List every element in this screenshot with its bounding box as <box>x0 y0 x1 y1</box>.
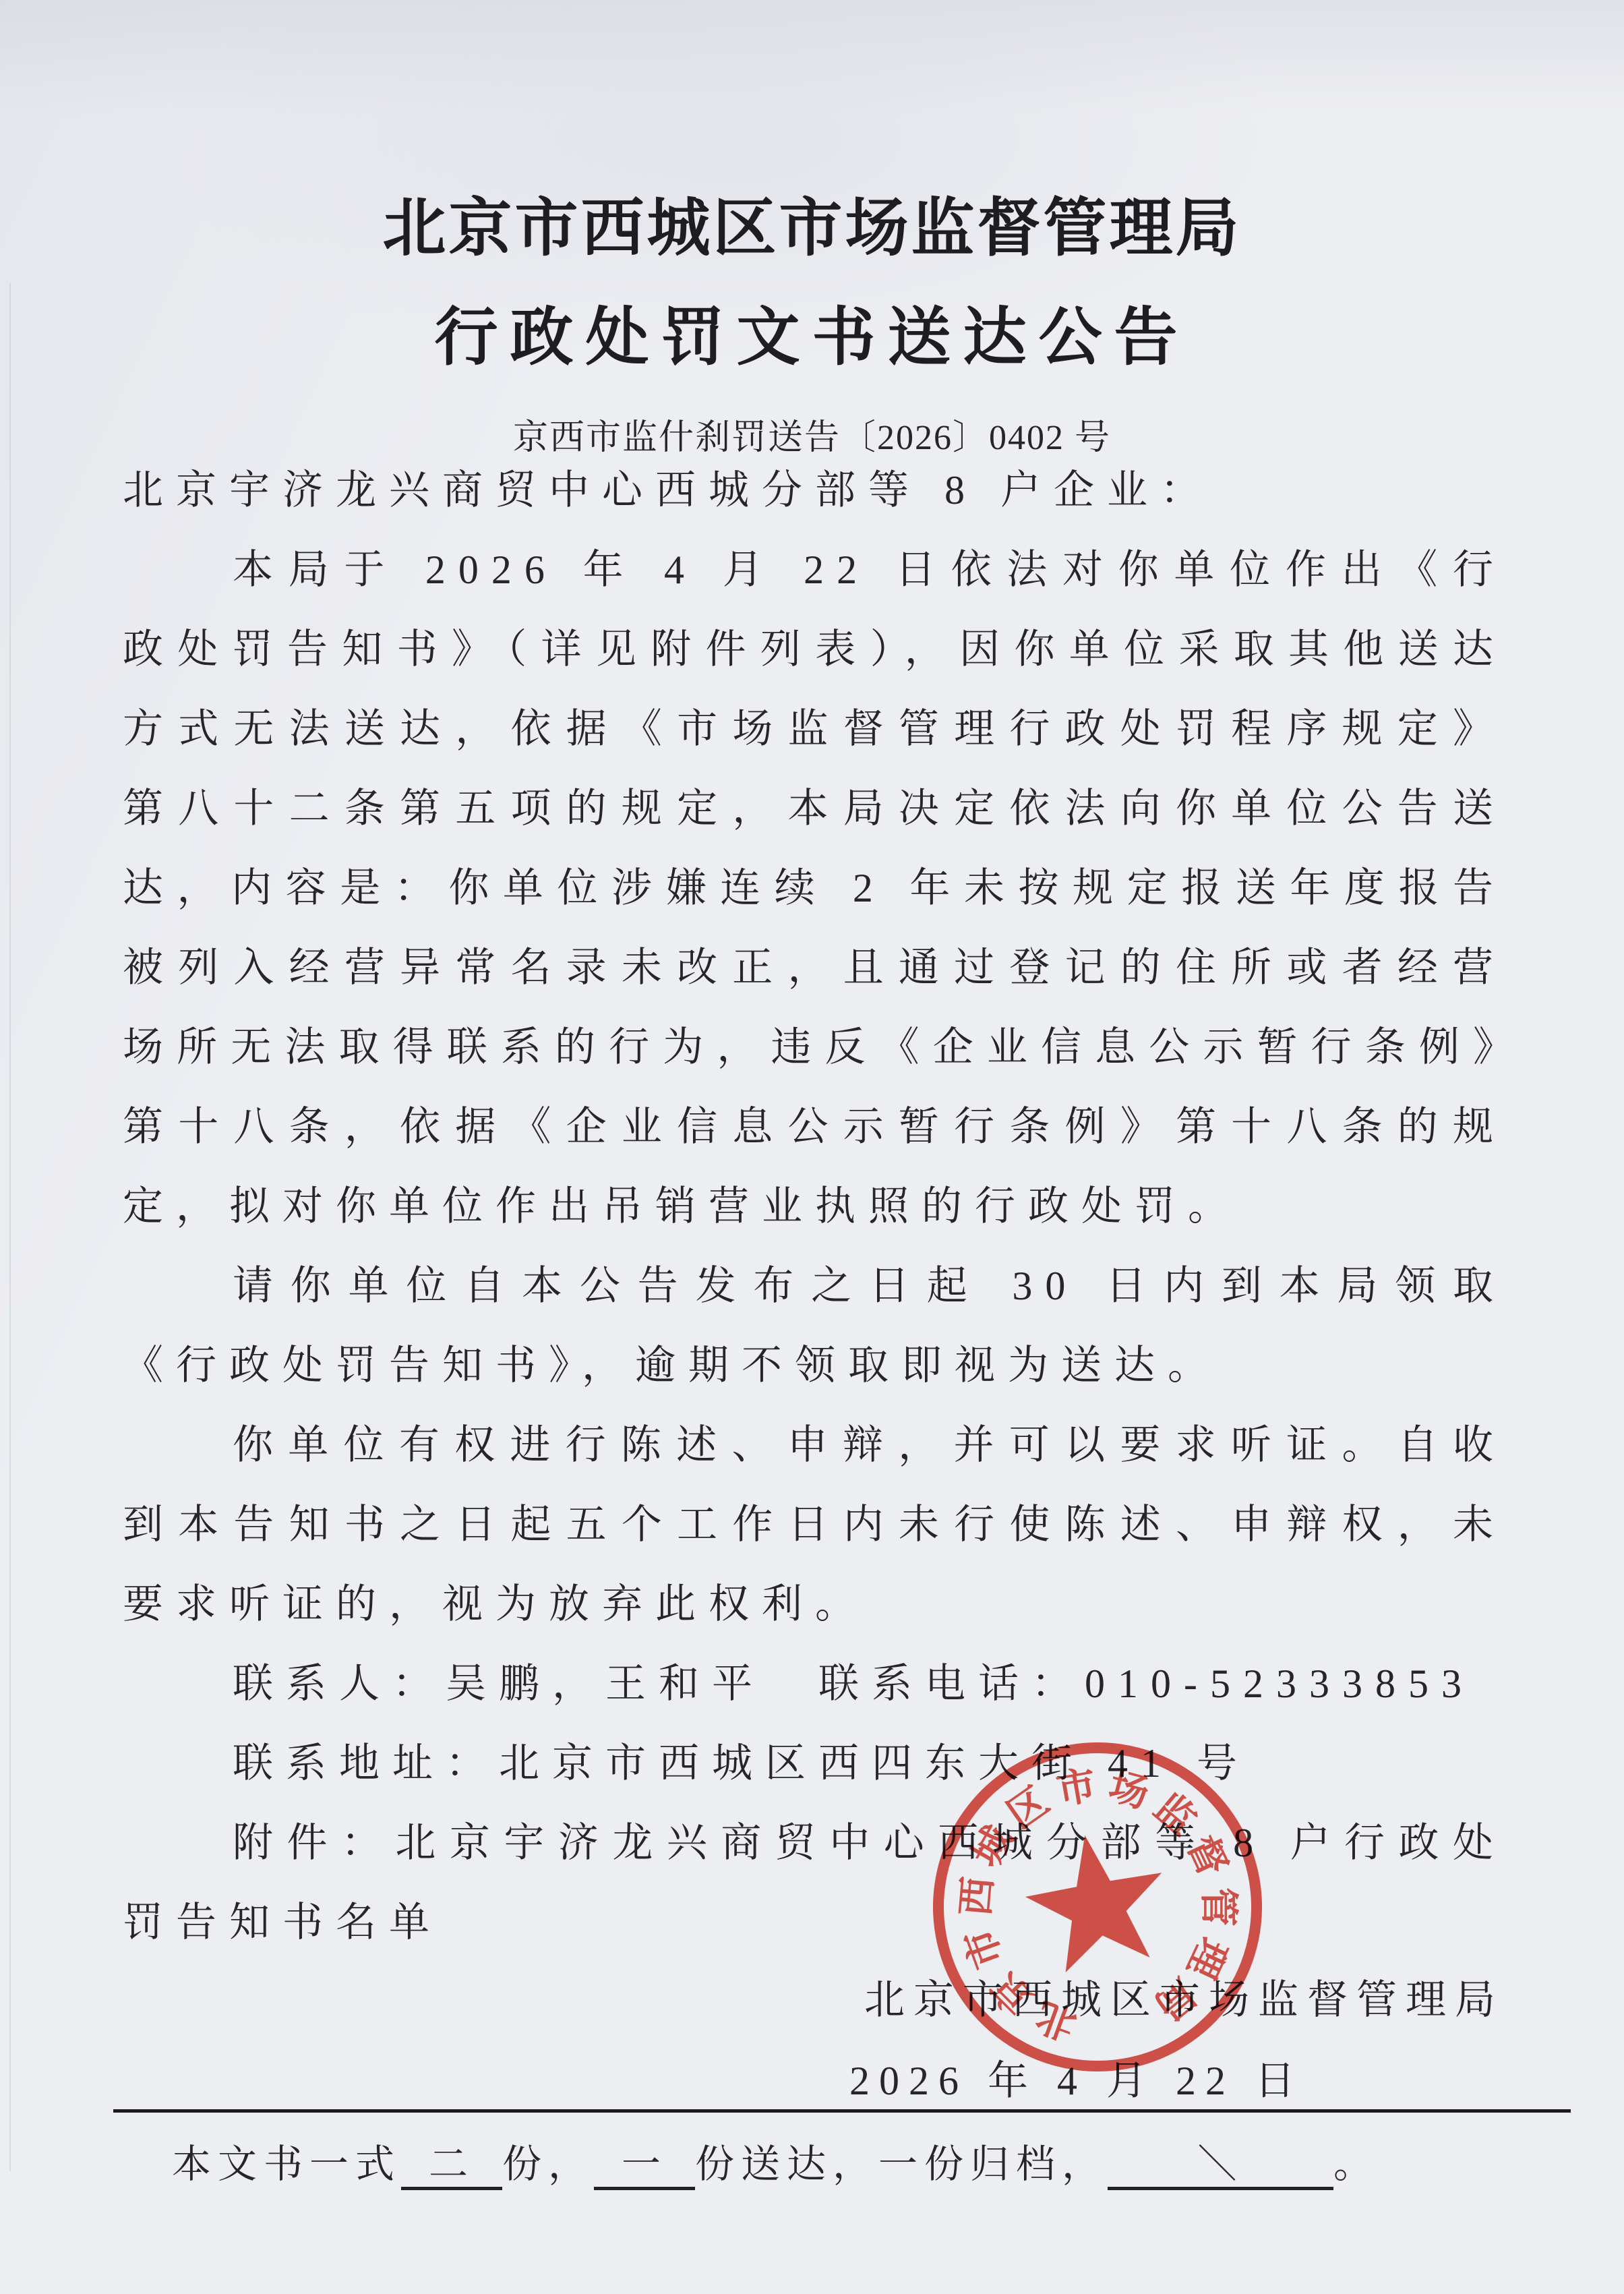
body-paragraph-3: 你单位有权进行陈述、申辩，并可以要求听证。自收到本告知书之日起五个工作日内未行使… <box>123 1405 1506 1644</box>
footer-blank-served: 一 <box>594 2143 695 2190</box>
signature-date: 2026 年 4 月 22 日 <box>849 2049 1304 2107</box>
scanned-document-page: { "page": { "colors": { "paper": "#edeef… <box>0 0 1624 2294</box>
document-body: 北京宇济龙兴商贸中心西城分部等 8 户企业： 本局于 2026 年 4 月 22… <box>123 450 1506 1962</box>
attachment-line: 附件：北京宇济龙兴商贸中心西城分部等 8 户行政处罚告知书名单 <box>123 1803 1506 1962</box>
addressee-line: 北京宇济龙兴商贸中心西城分部等 8 户企业： <box>123 450 1506 530</box>
document-paper: 北京市西城区市场监督管理局 行政处罚文书送达公告 京西市监什刹罚送告〔2026〕… <box>0 0 1624 2294</box>
signature-agency: 北京市西城区市场监督管理局 <box>864 1968 1504 2026</box>
address-line: 联系地址：北京市西城区西四东大街 41 号 <box>123 1724 1506 1803</box>
footer-suffix: 。 <box>1333 2142 1379 2186</box>
page-title-line2: 行政处罚文书送达公告 <box>0 286 1624 377</box>
body-paragraph-2: 请你单位自本公告发布之日起 30 日内到本局领取《行政处罚告知书》，逾期不领取即… <box>123 1246 1506 1405</box>
page-title-line1: 北京市西城区市场监督管理局 <box>0 177 1624 268</box>
body-paragraph-1: 本局于 2026 年 4 月 22 日依法对你单位作出《行政处罚告知书》（详见附… <box>123 530 1506 1246</box>
footer-mid2: 份送达，一份归档， <box>695 2142 1108 2186</box>
footer-prefix: 本文书一式 <box>172 2142 401 2186</box>
footer-note: 本文书一式二份，一份送达，一份归档，＼。 <box>172 2132 1379 2190</box>
scanner-edge-artifact <box>9 283 11 2171</box>
footer-blank-copies: 二 <box>401 2143 502 2190</box>
footer-rule <box>113 2109 1571 2113</box>
footer-mid1: 份， <box>502 2142 594 2186</box>
footer-blank-remark: ＼ <box>1108 2143 1333 2190</box>
contact-line: 联系人：吴鹏，王和平 联系电话：010-52333853 <box>123 1644 1506 1724</box>
